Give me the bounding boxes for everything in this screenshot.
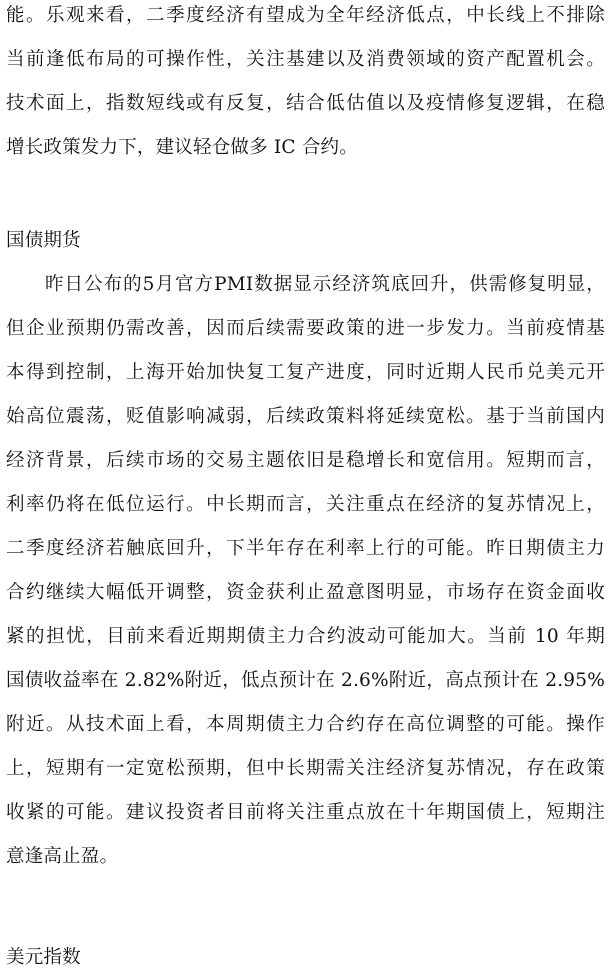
paragraph-line: 始高位震荡，贬值影响减弱，后续政策料将延续宽松。基于当前国内 (6, 404, 605, 430)
paragraph-line: 但企业预期仍需改善，因而后续需要政策的进一步发力。当前疫情基 (6, 316, 605, 342)
paragraph-line: 当前逢低布局的可操作性，关注基建以及消费领域的资产配置机会。 (6, 47, 605, 73)
paragraph-line: 增长政策发力下，建议轻仓做多 IC 合约。 (6, 135, 605, 161)
paragraph-line: 二季度经济若触底回升，下半年存在利率上行的可能。昨日期债主力 (6, 536, 605, 562)
paragraph-line: 紧的担忧，目前来看近期期债主力合约波动可能加大。当前 10 年期 (6, 624, 605, 650)
document-page: 能。乐观来看，二季度经济有望成为全年经济低点，中长线上不排除 当前逢低布局的可操… (0, 0, 609, 975)
paragraph-line: 本得到控制，上海开始加快复工复产进度，同时近期人民币兑美元开 (6, 360, 605, 386)
paragraph-line: 意逢高止盈。 (6, 844, 605, 870)
paragraph-line: 能。乐观来看，二季度经济有望成为全年经济低点，中长线上不排除 (6, 3, 605, 29)
paragraph-line: 经济背景，后续市场的交易主题依旧是稳增长和宽信用。短期而言， (6, 448, 605, 474)
paragraph-line: 国债收益率在 2.82%附近，低点预计在 2.6%附近，高点预计在 2.95% (6, 668, 605, 694)
paragraph-line: 收紧的可能。建议投资者目前将关注重点放在十年期国债上，短期注 (6, 800, 605, 826)
paragraph-line: 昨日公布的5月官方PMI数据显示经济筑底回升，供需修复明显， (45, 272, 605, 298)
paragraph-line: 上，短期有一定宽松预期，但中长期需关注经济复苏情况，存在政策 (6, 756, 605, 782)
paragraph-line: 技术面上，指数短线或有反复，结合低估值以及疫情修复逻辑，在稳 (6, 91, 605, 117)
section-heading-usd-index: 美元指数 (6, 945, 605, 971)
section-heading-bond-futures: 国债期货 (6, 228, 605, 254)
paragraph-line: 利率仍将在低位运行。中长期而言，关注重点在经济的复苏情况上， (6, 492, 605, 518)
paragraph-line: 合约继续大幅低开调整，资金获利止盈意图明显，市场存在资金面收 (6, 580, 605, 606)
paragraph-line: 附近。从技术面上看，本周期债主力合约存在高位调整的可能。操作 (6, 712, 605, 738)
